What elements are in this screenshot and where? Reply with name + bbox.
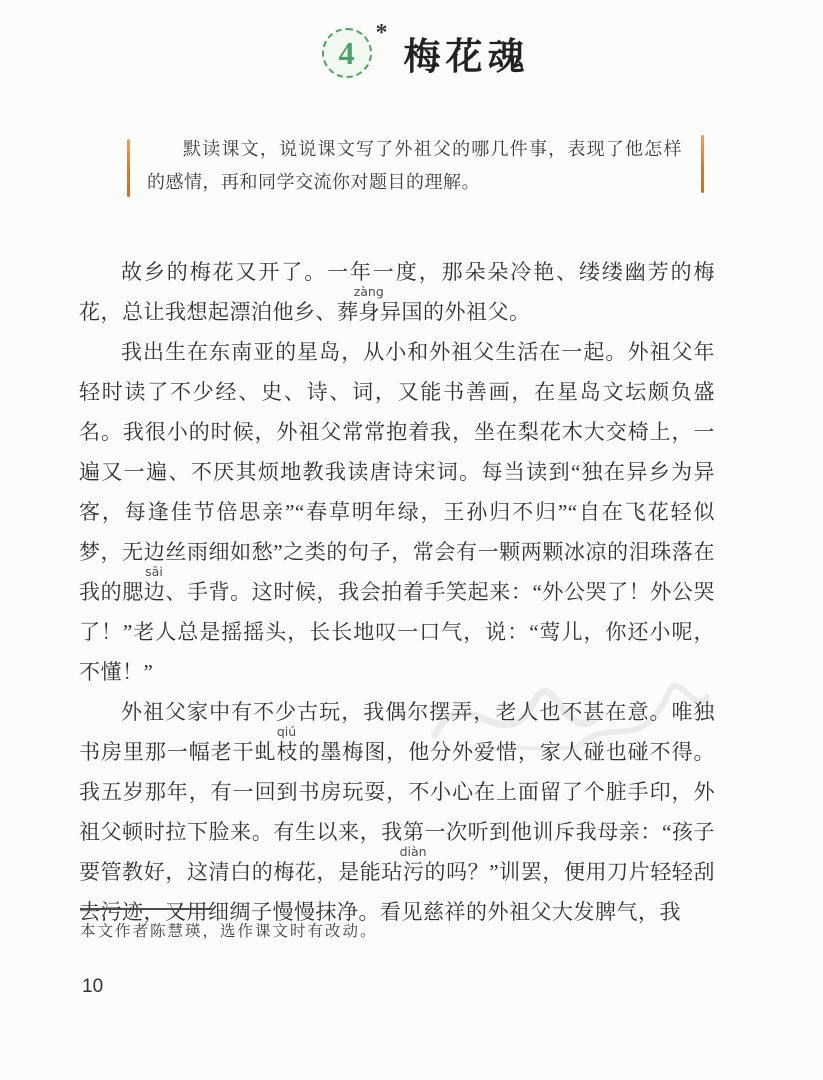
lesson-number: 4 <box>322 28 372 78</box>
footnote-text: 本文作者陈慧瑛，选作课文时有改动。 <box>80 919 700 941</box>
lesson-title: 梅花魂 <box>404 26 530 80</box>
page-number: 10 <box>82 976 103 998</box>
asterisk-mark: * <box>376 20 388 47</box>
prompt-right-bar <box>701 135 704 193</box>
pinyin-annotated-char: zàng葬 <box>337 300 359 324</box>
pinyin-annotated-char: diàn玷 <box>381 860 403 884</box>
pinyin-label: sāi <box>103 566 163 579</box>
pinyin-annotated-char: qiú虬 <box>255 740 277 764</box>
paragraph: 外祖父家中有不少古玩，我偶尔摆弄，老人也不甚在意。唯独书房里那一幅老干qiú虬枝… <box>79 692 715 932</box>
paragraph: 我出生在东南亚的星岛，从小和外祖父生活在一起。外祖父年轻时读了不少经、史、诗、词… <box>79 332 715 692</box>
prompt-left-bar <box>127 139 130 197</box>
pinyin-label: diàn <box>358 846 427 859</box>
lesson-header: 4 * 梅花魂 <box>0 26 823 80</box>
pinyin-label: zàng <box>312 286 384 299</box>
body-text: 故乡的梅花又开了。一年一度，那朵朵冷艳、缕缕幽芳的梅花，总让我想起漂泊他乡、zà… <box>79 252 715 932</box>
reading-prompt-box: 默读课文，说说课文写了外祖父的哪几件事，表现了他怎样的感情，再和同学交流你对题目… <box>127 133 704 199</box>
footnote-divider <box>80 908 212 910</box>
lesson-number-badge: 4 * <box>322 28 372 78</box>
textbook-page: 4 * 梅花魂 默读课文，说说课文写了外祖父的哪几件事，表现了他怎样的感情，再和… <box>0 0 823 1080</box>
reading-prompt-text: 默读课文，说说课文写了外祖父的哪几件事，表现了他怎样的感情，再和同学交流你对题目… <box>127 133 704 199</box>
pinyin-label: qiú <box>235 726 296 739</box>
pinyin-annotated-char: sāi腮 <box>122 580 144 604</box>
paragraph: 故乡的梅花又开了。一年一度，那朵朵冷艳、缕缕幽芳的梅花，总让我想起漂泊他乡、zà… <box>79 252 715 332</box>
